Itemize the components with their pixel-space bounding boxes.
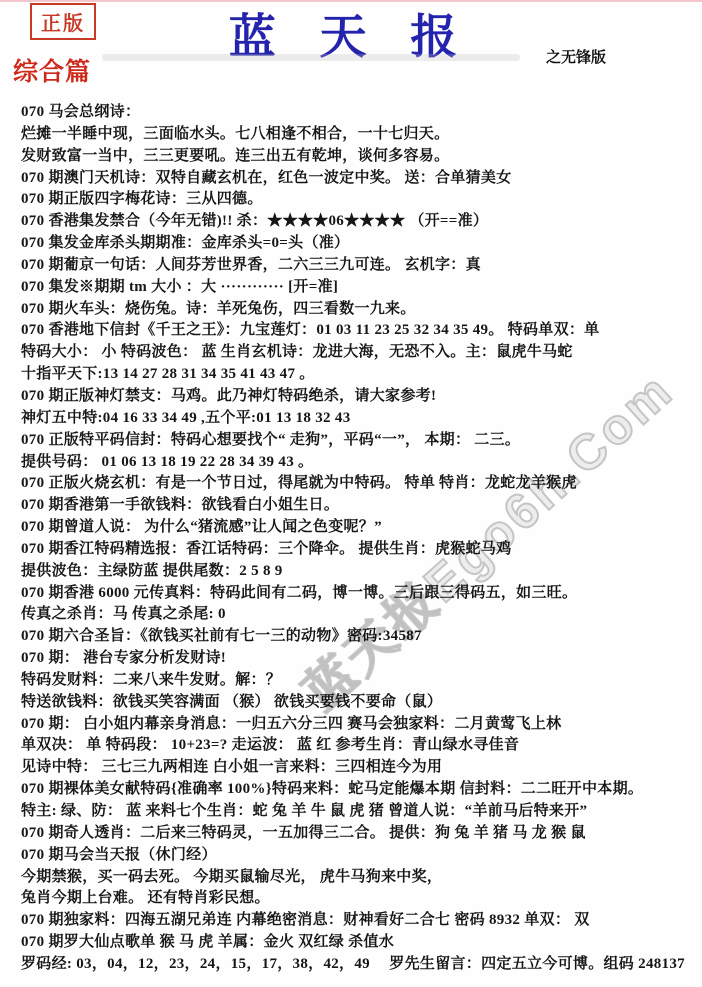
report-line: 070 期正版神灯禁支：马鸡。此乃神灯特码绝杀，请大家参考! [21,386,699,408]
report-line: 070 期火车头：烧伤兔。诗：羊死兔伤，四三看数一九来。 [21,299,699,321]
edition-label: 之无锋版 [546,46,606,67]
report-line: 070 期六合圣旨：《欲钱买社前有七一三的动物》密码:34587 [21,626,699,648]
report-line: 提供波色：主绿防蓝 提供尾数：2 5 8 9 [21,561,699,583]
report-line: 070 期马会当天报（休门经） [21,845,699,867]
report-line: 070 期罗大仙点歌单 猴 马 虎 羊属：金火 双红绿 杀值水 [21,932,699,954]
report-line: 070 期香江特码精选报：香江话特码：三个降伞。 提供生肖：虎猴蛇马鸡 [21,539,699,561]
report-line: 传真之杀肖：马 传真之杀尾: 0 [21,604,699,626]
report-line: 特码大小： 小 特码波色： 蓝 生肖玄机诗：龙进大海，无恐不入。主：鼠虎牛马蛇 [21,342,699,364]
report-line: 070 期香港第一手欲钱料：欲钱看白小姐生日。 [21,495,699,517]
report-line: 070 期澳门天机诗：双特自藏玄机在，红色一波定中奖。 送：合单猜美女 [21,168,699,190]
report-line: 兔肖今期上台难。 还有特肖彩民想。 [21,888,699,910]
report-line: 神灯五中特:04 16 33 34 49 ,五个平:01 13 18 32 43 [21,408,699,430]
report-line: 070 集发※期期 tm 大小 ：大 ············ [开=准] [21,277,699,299]
report-line: 070 期香港 6000 元传真料：特码此间有二码，博一博。三后跟三得码五，如三… [21,583,699,605]
report-line: 070 香港地下信封《千王之王》：九宝莲灯：01 03 11 23 25 32 … [21,320,699,342]
report-line: 070 期奇人透肖：二后来三特码灵，一五加得三二合。 提供：狗 兔 羊 猪 马 … [21,823,699,845]
report-line: 070 期独家料：四海五湖兄弟连 内幕绝密消息：财神看好二合七 密码 8932 … [21,910,699,932]
report-line: 提供号码： 01 06 13 18 19 22 28 34 39 43 。 [21,452,699,474]
report-line: 特送欲钱料：欲钱买笑容满面 （猴） 欲钱买要钱不要命（鼠） [21,692,699,714]
scan-artifact [102,54,520,61]
report-line: 070 期正版四字梅花诗：三从四德。 [21,189,699,211]
report-line: 070 马会总纲诗： [21,102,699,124]
lottery-report-page: 正版 蓝 天 报 之无锋版 综合篇 蓝天报Ego6h.Com 070 马会总纲诗… [0,0,702,987]
report-line: 070 正版特平码信封：特码心想要找个“ 走狗”，平码“一”， 本期： 二三。 [21,430,699,452]
report-body: 070 马会总纲诗：烂摊一半睡中现，三面临水头。七八相逢不相合，一十七归天。发财… [21,102,699,976]
report-line: 单双决： 单 特码段： 10+23=? 走运波： 蓝 红 参考生肖：青山绿水寻佳… [21,735,699,757]
report-line: 070 期葡京一句话：人间芬芳世界香，二六三三九可连。 玄机字：真 [21,255,699,277]
report-line: 见诗中特： 三七三九两相连 白小姐一言来料：三四相连今为用 [21,757,699,779]
report-line: 今期禁猴，买一码去死。 今期买鼠输尽光， 虎牛马狗来中奖， [21,867,699,889]
report-line: 特码发财料：二来八来牛发财。解：？ [21,670,699,692]
report-line: 070 香港集发禁合（今年无错)!! 杀：★★★★06★★★★ （开==准） [21,211,699,233]
section-title: 综合篇 [13,52,91,88]
report-line: 070 期裸体美女献特码{准确率 100%}特码来料：蛇马定能爆本期 信封料：二… [21,779,699,801]
report-line: 发财致富一当中，三三更要吼。连三出五有乾坤，谈何多容易。 [21,146,699,168]
report-line: 070 期曾道人说： 为什么“猪流感”让人闻之色变呢？” [21,517,699,539]
report-line: 070 正版火烧玄机：有是一个节日过，得尾就为中特码。 特单 特肖：龙蛇龙羊猴虎 [21,473,699,495]
report-line: 070 期： 港台专家分析发财诗! [21,648,699,670]
report-line: 十指平天下:13 14 27 28 31 34 35 41 43 47 。 [21,364,699,386]
report-line: 070 集发金库杀头期期准：金库杀头=0=头（准） [21,233,699,255]
report-line: 特主: 绿、防： 蓝 来料七个生肖：蛇 兔 羊 牛 鼠 虎 猪 曾道人说：“羊前… [21,801,699,823]
report-line: 070 期： 白小姐内幕亲身消息：一归五六分三四 赛马会独家料：二月黄莺飞上林 [21,714,699,736]
report-line: 烂摊一半睡中现，三面临水头。七八相逢不相合，一十七归天。 [21,124,699,146]
report-line: 罗码经: 03，04，12，23，24，15，17，38，42，49 罗先生留言… [21,954,699,976]
